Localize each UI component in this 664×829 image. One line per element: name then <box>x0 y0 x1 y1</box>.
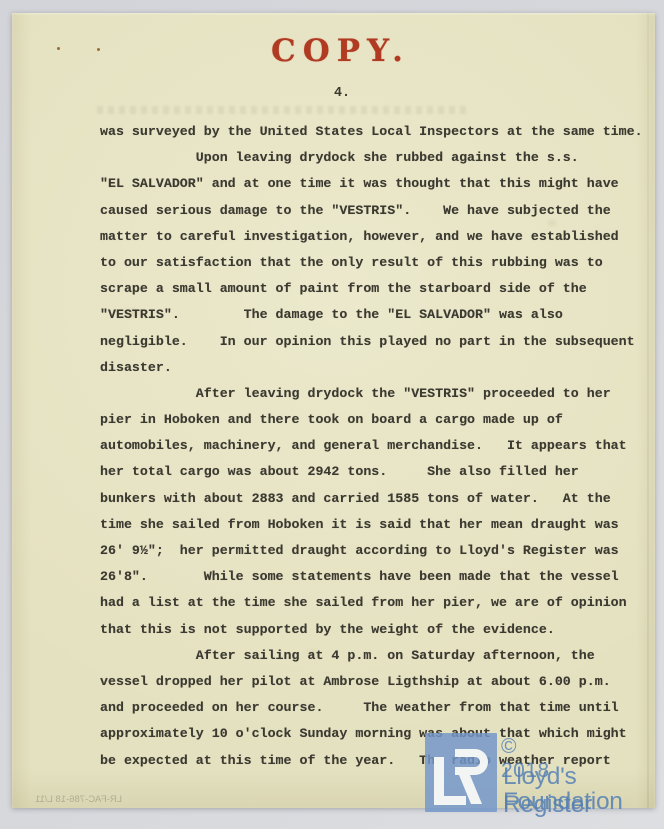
copy-stamp: COPY. <box>271 33 410 69</box>
typed-line: was surveyed by the United States Local … <box>100 119 656 145</box>
typed-line: pier in Hoboken and there took on board … <box>100 407 656 433</box>
typed-line: had a list at the time she sailed from h… <box>100 590 656 616</box>
typed-line: bunkers with about 2883 and carried 1585… <box>100 486 656 512</box>
typed-line: that this is not supported by the weight… <box>100 617 656 643</box>
typed-line: disaster. <box>100 355 656 381</box>
typed-line: vessel dropped her pilot at Ambrose Ligt… <box>100 669 656 695</box>
archive-reference-mirrored: LR-FAC-786-18 L/11 <box>12 794 122 805</box>
watermark-org-name-line2: Foundation <box>503 788 623 816</box>
typed-text-body: was surveyed by the United States Local … <box>100 119 656 774</box>
typed-line: 26'8". While some statements have been m… <box>100 564 656 590</box>
typed-line: negligible. In our opinion this played n… <box>100 329 656 355</box>
typed-line: After sailing at 4 p.m. on Saturday afte… <box>100 643 656 669</box>
typed-line: "VESTRIS". The damage to the "EL SALVADO… <box>100 302 656 328</box>
typed-line: matter to careful investigation, however… <box>100 224 656 250</box>
lloyds-register-logo-icon <box>425 733 497 812</box>
typed-line: approximately 10 o'clock Sunday morning … <box>100 721 656 747</box>
typed-line: and proceeded on her course. The weather… <box>100 695 656 721</box>
typed-line: her total cargo was about 2942 tons. She… <box>100 459 656 485</box>
typed-line: scrape a small amount of paint from the … <box>100 276 656 302</box>
copy-stamp-row: COPY. <box>12 33 655 69</box>
document-page: COPY. 4. was surveyed by the United Stat… <box>12 13 655 808</box>
typed-line: time she sailed from Hoboken it is said … <box>100 512 656 538</box>
typed-line: caused serious damage to the "VESTRIS". … <box>100 198 656 224</box>
ink-bleedthrough <box>97 106 469 114</box>
typed-line: "EL SALVADOR" and at one time it was tho… <box>100 171 656 197</box>
typed-line: automobiles, machinery, and general merc… <box>100 433 656 459</box>
typed-line: 26' 9½"; her permitted draught according… <box>100 538 656 564</box>
typed-line: to our satisfaction that the only result… <box>100 250 656 276</box>
typed-line: After leaving drydock the "VESTRIS" proc… <box>100 381 656 407</box>
typed-line: Upon leaving drydock she rubbed against … <box>100 145 656 171</box>
page-number: 4. <box>334 86 350 101</box>
